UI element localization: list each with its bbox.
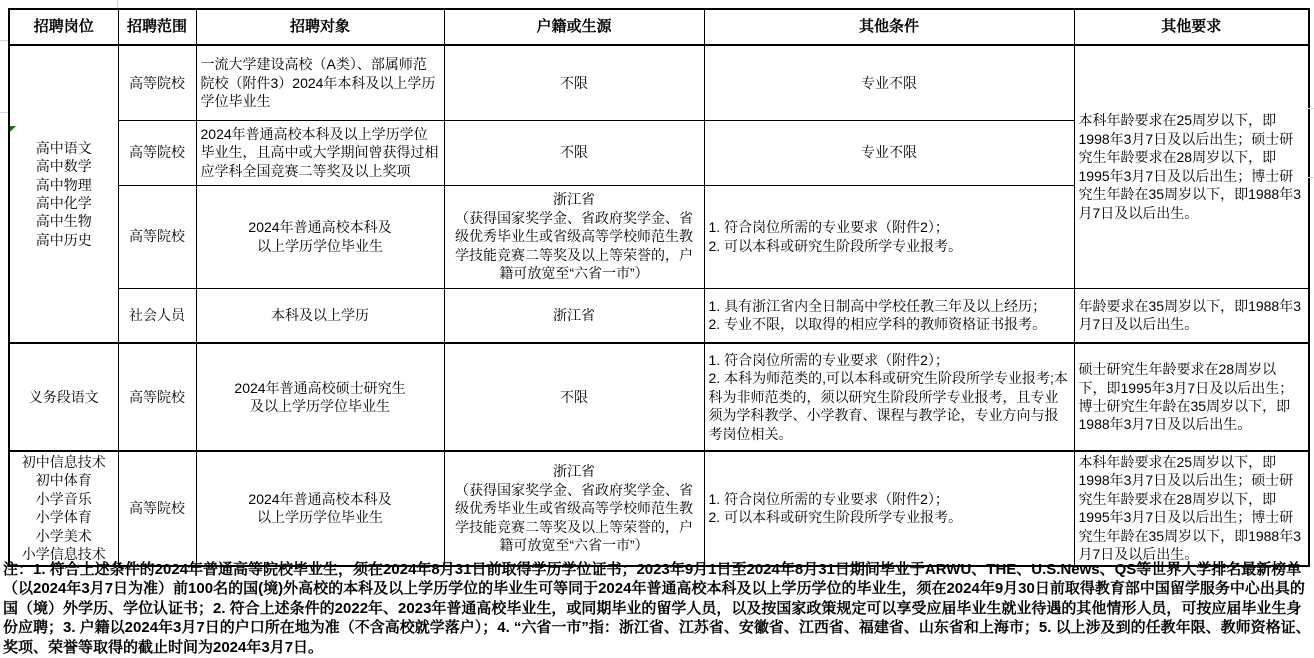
cell-target-r3: 2024年普通高校本科及 以上学历学位毕业生: [196, 185, 444, 288]
cell-req-r6: 本科年龄要求在25周岁以下，即1998年3月7日及以后出生；硕士研究生年龄要求在…: [1074, 451, 1309, 566]
cell-other-r2: 专业不限: [704, 120, 1074, 185]
recruitment-table-page: { "table": { "headers": ["招聘岗位", "招聘范围",…: [0, 0, 1314, 658]
cell-target-r1: 一流大学建设高校（A类）、部属师范院校（附件3）2024年本科及以上学历学位毕业…: [196, 45, 444, 120]
cell-target-r4: 本科及以上学历: [196, 288, 444, 343]
spreadsheet-gridline: [0, 112, 8, 113]
column-header-other-conditions: 其他条件: [704, 9, 1074, 45]
cell-other-r1: 专业不限: [704, 45, 1074, 120]
column-header-household: 户籍或生源: [444, 9, 704, 45]
cell-post-group-primary: 初中信息技术 初中体育 小学音乐 小学体育 小学美术 小学信息技术: [9, 451, 118, 566]
cell-target-r2: 2024年普通高校本科及以上学历学位毕业生，且高中或大学期间曾获得过相应学科全国…: [196, 120, 444, 185]
spreadsheet-gridline: [1308, 108, 1314, 109]
table-row: 义务段语文 高等院校 2024年普通高校硕士研究生 及以上学历学位毕业生 不限 …: [9, 343, 1309, 451]
cell-household-r3: 浙江省 （获得国家奖学金、省政府奖学金、省级优秀毕业生或省级高等学校师范生教学技…: [444, 185, 704, 288]
table-row: 社会人员 本科及以上学历 浙江省 1. 具有浙江省内全日制高中学校任教三年及以上…: [9, 288, 1309, 343]
cell-household-r5: 不限: [444, 343, 704, 451]
table-row: 初中信息技术 初中体育 小学音乐 小学体育 小学美术 小学信息技术 高等院校 2…: [9, 451, 1309, 566]
cell-req-r1: 本科年龄要求在25周岁以下，即1998年3月7日及以后出生；硕士研究生年龄要求在…: [1074, 45, 1309, 288]
cell-target-r5: 2024年普通高校硕士研究生 及以上学历学位毕业生: [196, 343, 444, 451]
footnote-text: 注：1. 符合上述条件的2024年普通高等院校毕业生，须在2024年8月31日前…: [3, 560, 1311, 657]
column-header-other-requirements: 其他要求: [1074, 9, 1309, 45]
spreadsheet-gridline: [0, 40, 8, 41]
cell-other-r3: 1. 符合岗位所需的专业要求（附件2）； 2. 可以本科或研究生阶段所学专业报考…: [704, 185, 1074, 288]
cell-req-r4: 年龄要求在35周岁以下，即1988年3月7日及以后出生。: [1074, 288, 1309, 343]
cell-scope-r4: 社会人员: [118, 288, 196, 343]
cell-household-r2: 不限: [444, 120, 704, 185]
table-row: 高中语文 高中数学 高中物理 高中化学 高中生物 高中历史 高等院校 一流大学建…: [9, 45, 1309, 120]
cell-target-r6: 2024年普通高校本科及 以上学历学位毕业生: [196, 451, 444, 566]
cell-scope-r5: 高等院校: [118, 343, 196, 451]
spreadsheet-gridline: [1308, 177, 1314, 178]
cell-other-r5: 1. 符合岗位所需的专业要求（附件2）； 2. 本科为师范类的,可以本科或研究生…: [704, 343, 1074, 451]
cell-household-r6: 浙江省 （获得国家奖学金、省政府奖学金、省级优秀毕业生或省级高等学校师范生教学技…: [444, 451, 704, 566]
cell-post-group-yiwuduan: 义务段语文: [9, 343, 118, 451]
column-header-post: 招聘岗位: [9, 9, 118, 45]
column-header-target: 招聘对象: [196, 9, 444, 45]
spreadsheet-gridline: [117, 0, 118, 8]
cell-scope-r2: 高等院校: [118, 120, 196, 185]
cell-household-r1: 不限: [444, 45, 704, 120]
cell-scope-r1: 高等院校: [118, 45, 196, 120]
cell-error-indicator-icon: [10, 126, 16, 132]
cell-other-r6: 1. 符合岗位所需的专业要求（附件2）； 2. 可以本科或研究生阶段所学专业报考…: [704, 451, 1074, 566]
cell-req-r5: 硕士研究生年龄要求在28周岁以下，即1995年3月7日及以后出生；博士研究生年龄…: [1074, 343, 1309, 451]
cell-household-r4: 浙江省: [444, 288, 704, 343]
cell-scope-r6: 高等院校: [118, 451, 196, 566]
recruitment-table: 招聘岗位 招聘范围 招聘对象 户籍或生源 其他条件 其他要求 高中语文 高中数学…: [8, 8, 1310, 567]
column-header-scope: 招聘范围: [118, 9, 196, 45]
cell-post-group-highschool: 高中语文 高中数学 高中物理 高中化学 高中生物 高中历史: [9, 45, 118, 343]
cell-other-r4: 1. 具有浙江省内全日制高中学校任教三年及以上经历； 2. 专业不限，以取得的相…: [704, 288, 1074, 343]
header-row: 招聘岗位 招聘范围 招聘对象 户籍或生源 其他条件 其他要求: [9, 9, 1309, 45]
cell-scope-r3: 高等院校: [118, 185, 196, 288]
recruitment-table-sheet: 招聘岗位 招聘范围 招聘对象 户籍或生源 其他条件 其他要求 高中语文 高中数学…: [8, 8, 1310, 567]
